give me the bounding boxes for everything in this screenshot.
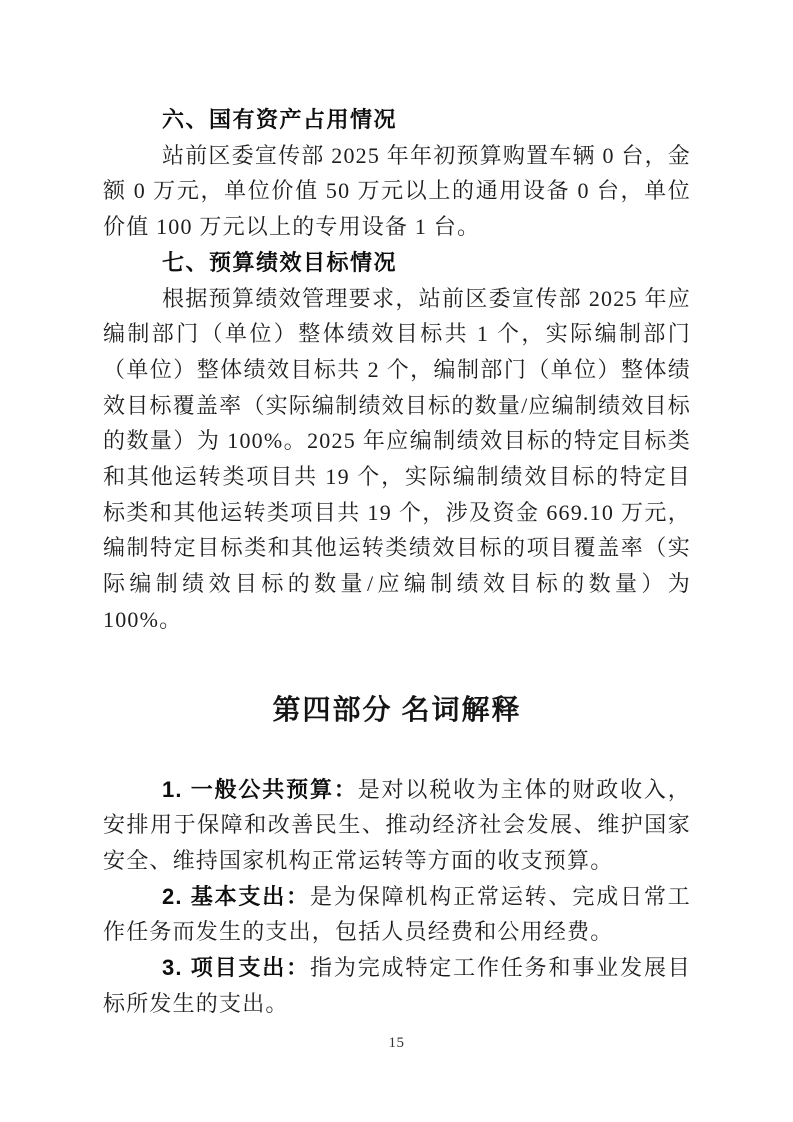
document-content: 六、国有资产占用情况 站前区委宣传部 2025 年年初预算购置车辆 0 台，金额… — [103, 102, 691, 1021]
document-page: 六、国有资产占用情况 站前区委宣传部 2025 年年初预算购置车辆 0 台，金额… — [0, 0, 793, 1122]
section-heading-budget-performance: 七、预算绩效目标情况 — [103, 245, 691, 281]
section-paragraph-budget-performance: 根据预算绩效管理要求，站前区委宣传部 2025 年应编制部门（单位）整体绩效目标… — [103, 281, 691, 638]
glossary-item: 1. 一般公共预算：是对以税收为主体的财政收入，安排用于保障和改善民生、推动经济… — [103, 772, 691, 879]
part-title: 第四部分 名词解释 — [103, 689, 691, 733]
glossary-item: 3. 项目支出：指为完成特定工作任务和事业发展目标所发生的支出。 — [103, 950, 691, 1021]
page-number: 15 — [0, 1035, 793, 1052]
section-heading-state-assets: 六、国有资产占用情况 — [103, 102, 691, 138]
glossary-term-project-expenditure: 3. 项目支出： — [162, 955, 310, 980]
glossary-term-basic-expenditure: 2. 基本支出： — [162, 884, 310, 909]
glossary-item: 2. 基本支出：是为保障机构正常运转、完成日常工作任务而发生的支出，包括人员经费… — [103, 879, 691, 950]
glossary-term-general-public-budget: 1. 一般公共预算： — [162, 777, 358, 802]
section-paragraph-state-assets: 站前区委宣传部 2025 年年初预算购置车辆 0 台，金额 0 万元，单位价值 … — [103, 138, 691, 245]
